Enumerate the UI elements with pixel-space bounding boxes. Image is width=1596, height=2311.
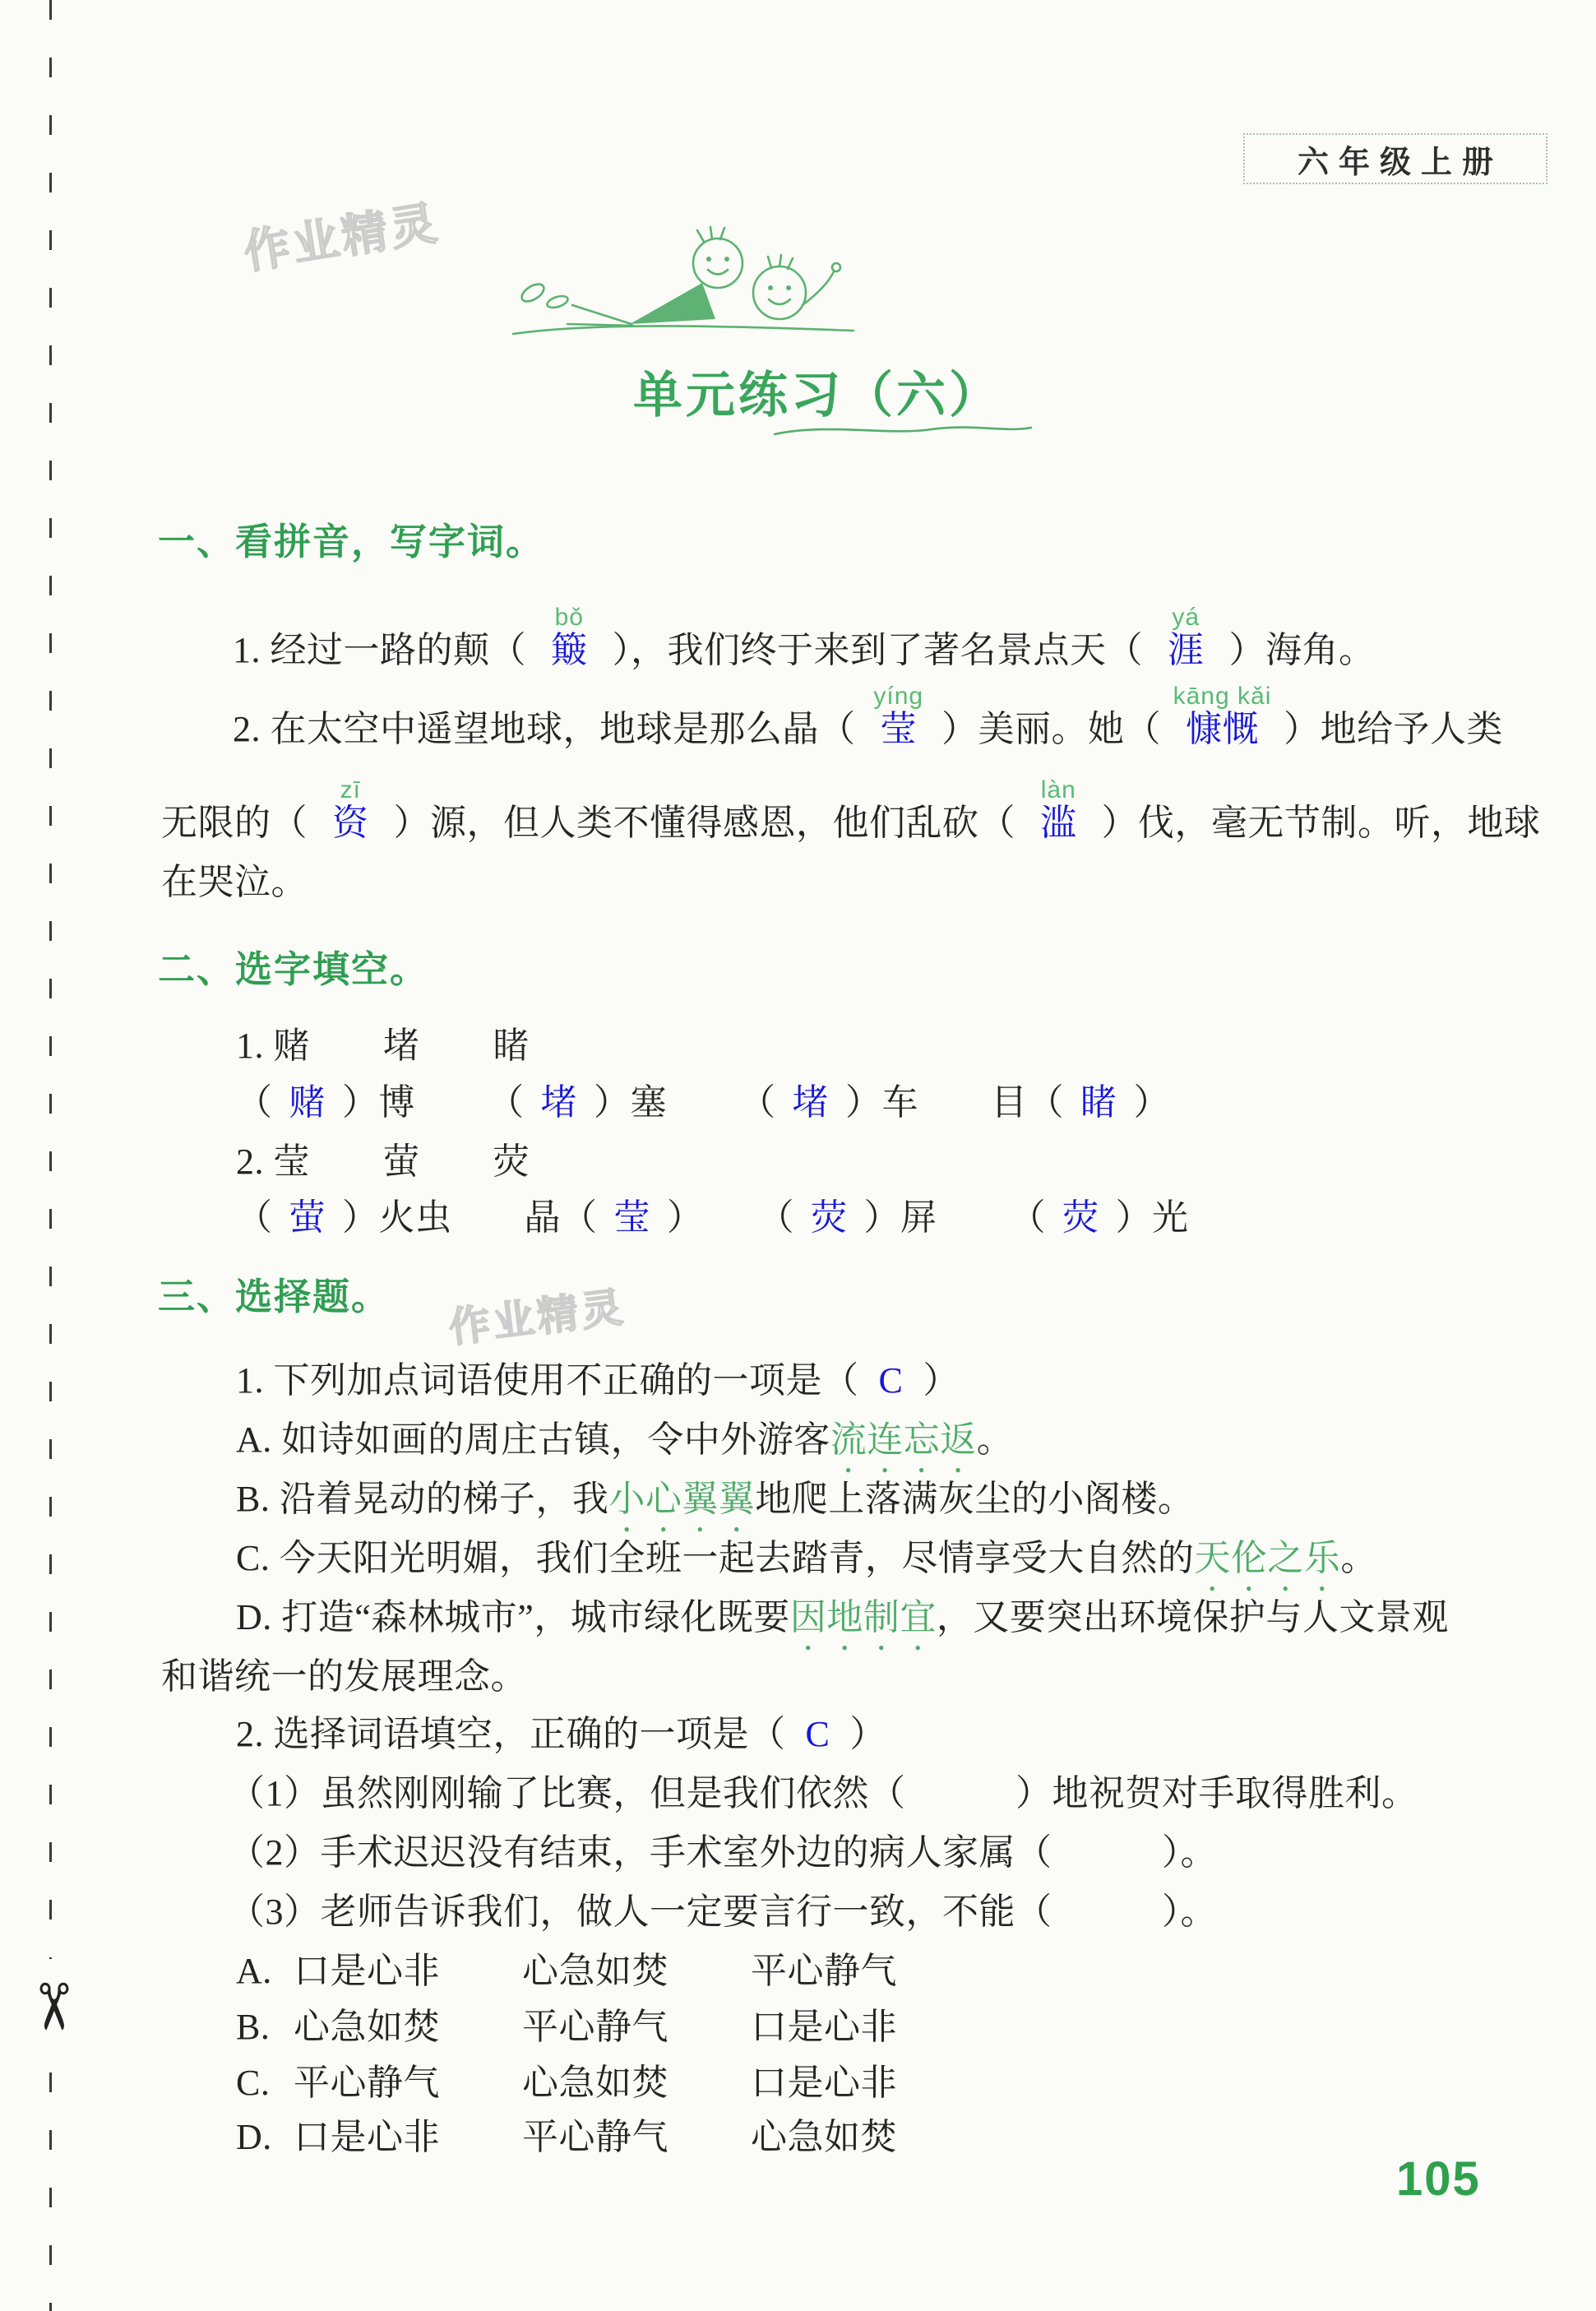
- sub-item: （2）手术迟迟没有结束，手术室外边的病人家属（ ）。: [229, 1829, 1217, 1877]
- text-segment: ）伐，毫无节制。听，地球: [1102, 803, 1541, 843]
- watermark-top: 作业精灵: [238, 187, 444, 283]
- answer-blank: yá涯: [1143, 627, 1229, 674]
- section3-heading: 三、选择题。: [158, 1267, 390, 1320]
- question-stem: 2. 选择词语填空，正确的一项是（C）: [236, 1711, 886, 1758]
- text-segment: ）海角。: [1229, 630, 1376, 670]
- answer-char: 睹: [1064, 1082, 1134, 1123]
- fill-answer: （堵）塞: [488, 1082, 667, 1123]
- scissors-icon: ✂: [21, 1980, 85, 2033]
- answer-char: 萤: [273, 1197, 343, 1238]
- fill-answer: （堵）车: [739, 1082, 918, 1123]
- pinyin-label: zī: [340, 766, 361, 814]
- answer-blank: bǒ簸: [526, 627, 613, 674]
- choice-row: B.心急如焚平心静气口是心非: [236, 2003, 897, 2051]
- section2-heading: 二、选字填空。: [158, 939, 428, 993]
- char-options-row: 2. 莹 萤 荧: [236, 1138, 530, 1186]
- pinyin-label: làn: [1041, 766, 1076, 814]
- sentence-line: 无限的（zī资）源，但人类不懂得感恩，他们乱砍（làn滥）伐，毫无节制。听，地球: [161, 799, 1541, 847]
- fill-answers-row: （萤）火虫晶（莹）（荧）屏（荧）光: [236, 1194, 1189, 1242]
- choice-row: D.口是心非平心静气心急如焚: [236, 2114, 897, 2161]
- text-segment: 2. 在太空中遥望地球，地球是那么晶（: [233, 709, 856, 749]
- pinyin-label: kāng kǎi: [1173, 673, 1272, 720]
- worksheet-page: ✂ 六年级上册 作业精灵 单元练习（六） 一、看拼音，写字词。 1. 经过一路的…: [0, 0, 1596, 2311]
- grade-badge-label: 六年级上册: [1288, 137, 1503, 182]
- text-segment: ）源，但人类不懂得感恩，他们乱砍（: [394, 803, 1016, 843]
- kids-illustration: [508, 220, 862, 348]
- answer-char: 莹: [598, 1197, 668, 1238]
- answer-char: 堵: [776, 1082, 846, 1123]
- option-row: D. 打造“森林城市”，城市绿化既要因地制宜，又要突出环境保护与人文景观: [236, 1594, 1449, 1658]
- option-row: A. 如诗如画的周庄古镇，令中外游客流连忘返。: [236, 1416, 1013, 1480]
- answer-char: 荧: [1046, 1197, 1116, 1238]
- section1-heading: 一、看拼音，写字词。: [158, 512, 544, 565]
- option-row: B. 沿着晃动的梯子，我小心翼翼地爬上落满灰尘的小阁楼。: [236, 1475, 1194, 1540]
- pinyin-label: yíng: [873, 673, 923, 720]
- text-segment: ）地给予人类: [1284, 709, 1503, 749]
- answer-char: 堵: [525, 1082, 594, 1123]
- text-segment: ）美丽。她（: [941, 709, 1161, 749]
- sub-item: （3）老师告诉我们，做人一定要言行一致，不能（ ）。: [229, 1888, 1217, 1936]
- answer-blank: yíng莹: [856, 706, 942, 753]
- sentence-line: 在哭泣。: [161, 859, 308, 906]
- answer-letter: C: [859, 1360, 923, 1401]
- fill-answer: 目（睹）: [991, 1082, 1170, 1123]
- char-options-row: 1. 赌 堵 睹: [236, 1022, 530, 1070]
- grade-badge: 六年级上册: [1243, 133, 1547, 184]
- pinyin-label: yá: [1172, 594, 1200, 641]
- sentence-line: 2. 在太空中遥望地球，地球是那么晶（yíng莹）美丽。她（kāng kǎi慷慨…: [233, 706, 1503, 753]
- text-segment: ），我们终于来到了著名景点天（: [613, 630, 1144, 670]
- emphasized-idiom: 流连忘返: [830, 1419, 977, 1460]
- answer-letter: C: [786, 1714, 850, 1754]
- choice-row: A.口是心非心急如焚平心静气: [236, 1947, 897, 1995]
- option-row: C. 今天阳光明媚，我们全班一起去踏青，尽情享受大自然的天伦之乐。: [236, 1535, 1377, 1599]
- emphasized-idiom: 因地制宜: [790, 1597, 937, 1637]
- fill-answer: 晶（莹）: [525, 1197, 704, 1238]
- answer-char: 荧: [794, 1197, 864, 1238]
- answer-blank: kāng kǎi慷慨: [1161, 706, 1284, 753]
- fill-answer: （赌）博: [236, 1082, 415, 1123]
- scissors-wrap: ✂: [12, 1959, 94, 2054]
- fill-answer: （荧）屏: [776, 1197, 937, 1238]
- question-stem: 1. 下列加点词语使用不正确的一项是（C）: [236, 1357, 960, 1405]
- answer-blank: làn滥: [1015, 799, 1102, 847]
- fill-answer: （萤）火虫: [236, 1197, 452, 1238]
- emphasized-idiom: 天伦之乐: [1194, 1538, 1340, 1578]
- emphasized-idiom: 小心翼翼: [608, 1479, 755, 1519]
- watermark-middle: 作业精灵: [445, 1274, 628, 1355]
- sub-item: （1）虽然刚刚输了比赛，但是我们依然（ ）地祝贺对手取得胜利。: [229, 1770, 1418, 1818]
- answer-char: 赌: [273, 1082, 343, 1123]
- text-segment: 无限的（: [161, 803, 308, 843]
- sentence-line: 1. 经过一路的颠（bǒ簸），我们终于来到了著名景点天（yá涯）海角。: [233, 627, 1376, 674]
- title-underline: [771, 416, 1034, 444]
- text-segment: 1. 经过一路的颠（: [233, 630, 526, 670]
- choice-row: C.平心静气心急如焚口是心非: [236, 2059, 897, 2107]
- pinyin-label: bǒ: [555, 594, 584, 641]
- answer-blank: zī资: [308, 799, 394, 847]
- fill-answers-row: （赌）博（堵）塞（堵）车目（睹）: [236, 1079, 1170, 1127]
- option-wrap-line: 和谐统一的发展理念。: [161, 1653, 527, 1701]
- page-number: 105: [1396, 2151, 1481, 2207]
- fill-answer: （荧）光: [1010, 1197, 1189, 1238]
